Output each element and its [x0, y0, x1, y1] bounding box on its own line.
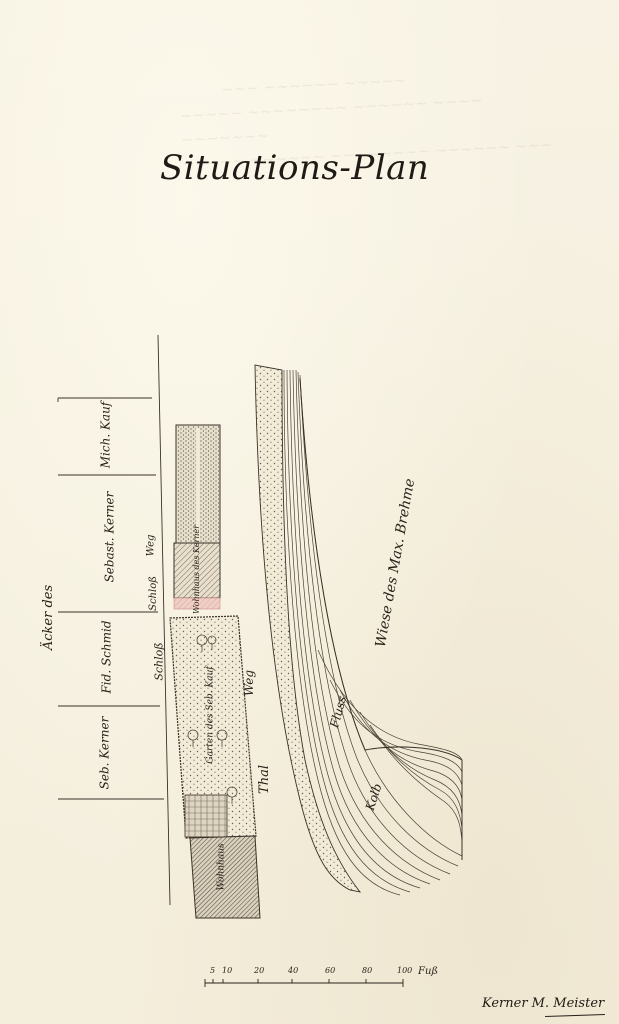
site-plan-map	[0, 0, 619, 1024]
vegetable-beds	[185, 795, 227, 837]
scale-tick-80: 80	[362, 966, 372, 975]
region-label-aecker: Äcker des	[41, 585, 56, 650]
building-label-wohnhaus-lower: Wohnhaus	[217, 843, 227, 890]
parcel-label-fid-schmid: Fid. Schmid	[100, 620, 114, 693]
building-label-wohnhaus-kerner: Wohnhaus des Kerner	[192, 525, 201, 614]
scale-unit: Fuß	[418, 966, 438, 977]
scale-tick-10: 10	[222, 966, 232, 975]
parcel-label-sebast-kerner: Sebast. Kerner	[102, 492, 116, 583]
scale-tick-40: 40	[288, 966, 298, 975]
road-label-schloss-upper: Schloß	[148, 576, 159, 611]
scale-tick-60: 60	[325, 966, 335, 975]
scale-tick-20: 20	[254, 966, 264, 975]
parcel-label-seb-kerner: Seb. Kerner	[97, 717, 111, 790]
scale-tick-100: 100	[397, 966, 412, 975]
parcel-label-mich-kauf: Mich. Kauf	[98, 402, 112, 469]
road-label-schloss: Schloß	[153, 642, 166, 680]
road-label-weg-upper: Weg	[145, 535, 156, 557]
signature: Kerner M. Meister	[482, 996, 604, 1011]
scale-tick-5: 5	[210, 966, 215, 975]
road-label-thal: Thal	[257, 765, 272, 794]
parcel-boundaries	[58, 335, 170, 905]
road-label-weg-lower: Weg	[242, 670, 256, 696]
building-label-garden: Garten des Seb. Kauf	[206, 666, 216, 763]
scale-bar	[205, 979, 403, 987]
